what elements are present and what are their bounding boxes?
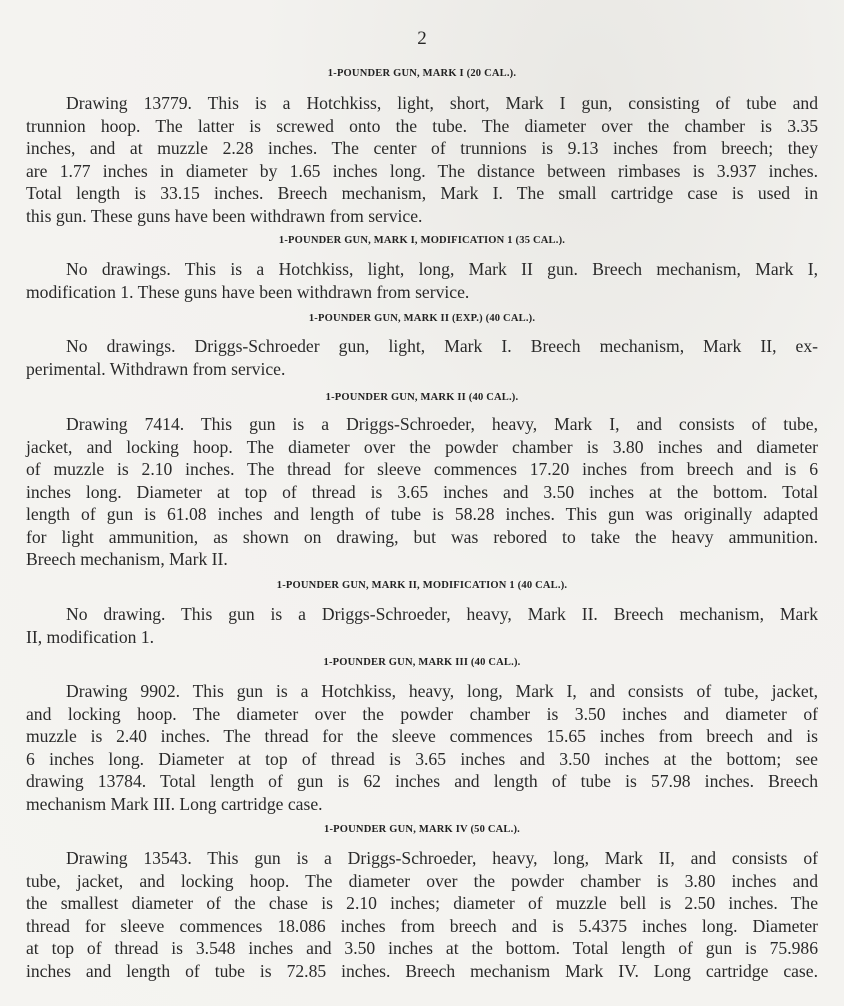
text-line: and locking hoop. The diameter over the … xyxy=(26,703,818,726)
text-line: Drawing 9902. This gun is a Hotchkiss, h… xyxy=(26,680,818,703)
text-line: jacket, and locking hoop. The diameter o… xyxy=(26,436,818,459)
text-line: thread for sleeve commences 18.086 inche… xyxy=(26,915,818,938)
page-number: 2 xyxy=(0,28,844,50)
section-heading-mark-iv: 1-POUNDER GUN, MARK IV (50 CAL.). xyxy=(0,824,844,835)
text-line: mechanism Mark III. Long cartridge case. xyxy=(26,793,818,816)
text-line: are 1.77 inches in diameter by 1.65 inch… xyxy=(26,160,818,183)
text-line: the smallest diameter of the chase is 2.… xyxy=(26,892,818,915)
text-line: Drawing 13779. This is a Hotchkiss, ligh… xyxy=(26,92,818,115)
section-heading-mark-ii: 1-POUNDER GUN, MARK II (40 CAL.). xyxy=(0,392,844,403)
section-body-mark-i-mod-1: No drawings. This is a Hotchkiss, light,… xyxy=(26,258,818,303)
text-line: length of gun is 61.08 inches and length… xyxy=(26,503,818,526)
section-body-mark-ii-exp: No drawings. Driggs-Schroeder gun, light… xyxy=(26,335,818,380)
text-line: muzzle is 2.40 inches. The thread for th… xyxy=(26,725,818,748)
text-line: Breech mechanism, Mark II. xyxy=(26,548,818,571)
text-line: No drawings. This is a Hotchkiss, light,… xyxy=(26,258,818,281)
text-line: inches and length of tube is 72.85 inche… xyxy=(26,960,818,983)
text-line: this gun. These guns have been withdrawn… xyxy=(26,205,818,228)
section-body-mark-i: Drawing 13779. This is a Hotchkiss, ligh… xyxy=(26,92,818,227)
section-heading-mark-ii-exp: 1-POUNDER GUN, MARK II (EXP.) (40 CAL.). xyxy=(0,313,844,324)
text-line: modification 1. These guns have been wit… xyxy=(26,281,818,304)
text-line: drawing 13784. Total length of gun is 62… xyxy=(26,770,818,793)
section-heading-mark-i: 1-POUNDER GUN, MARK I (20 CAL.). xyxy=(0,68,844,79)
text-line: perimental. Withdrawn from service. xyxy=(26,358,818,381)
section-body-mark-iv: Drawing 13543. This gun is a Driggs-Schr… xyxy=(26,847,818,982)
text-line: No drawing. This gun is a Driggs-Schroed… xyxy=(26,603,818,626)
text-line: at top of thread is 3.548 inches and 3.5… xyxy=(26,937,818,960)
text-line: inches long. Diameter at top of thread i… xyxy=(26,481,818,504)
section-heading-mark-iii: 1-POUNDER GUN, MARK III (40 CAL.). xyxy=(0,657,844,668)
section-heading-mark-i-mod-1: 1-POUNDER GUN, MARK I, MODIFICATION 1 (3… xyxy=(0,235,844,246)
text-line: for light ammunition, as shown on drawin… xyxy=(26,526,818,549)
section-heading-mark-ii-mod-1: 1-POUNDER GUN, MARK II, MODIFICATION 1 (… xyxy=(0,580,844,591)
text-line: Drawing 13543. This gun is a Driggs-Schr… xyxy=(26,847,818,870)
text-line: 6 inches long. Diameter at top of thread… xyxy=(26,748,818,771)
section-body-mark-ii: Drawing 7414. This gun is a Driggs-Schro… xyxy=(26,413,818,571)
text-line: of muzzle is 2.10 inches. The thread for… xyxy=(26,458,818,481)
text-line: inches, and at muzzle 2.28 inches. The c… xyxy=(26,137,818,160)
section-body-mark-iii: Drawing 9902. This gun is a Hotchkiss, h… xyxy=(26,680,818,815)
text-line: trunnion hoop. The latter is screwed ont… xyxy=(26,115,818,138)
text-line: II, modification 1. xyxy=(26,626,818,649)
section-body-mark-ii-mod-1: No drawing. This gun is a Driggs-Schroed… xyxy=(26,603,818,648)
text-line: Total length is 33.15 inches. Breech mec… xyxy=(26,182,818,205)
text-line: tube, jacket, and locking hoop. The diam… xyxy=(26,870,818,893)
text-line: No drawings. Driggs-Schroeder gun, light… xyxy=(26,335,818,358)
document-page: 2 1-POUNDER GUN, MARK I (20 CAL.). Drawi… xyxy=(0,0,844,1006)
text-line: Drawing 7414. This gun is a Driggs-Schro… xyxy=(26,413,818,436)
